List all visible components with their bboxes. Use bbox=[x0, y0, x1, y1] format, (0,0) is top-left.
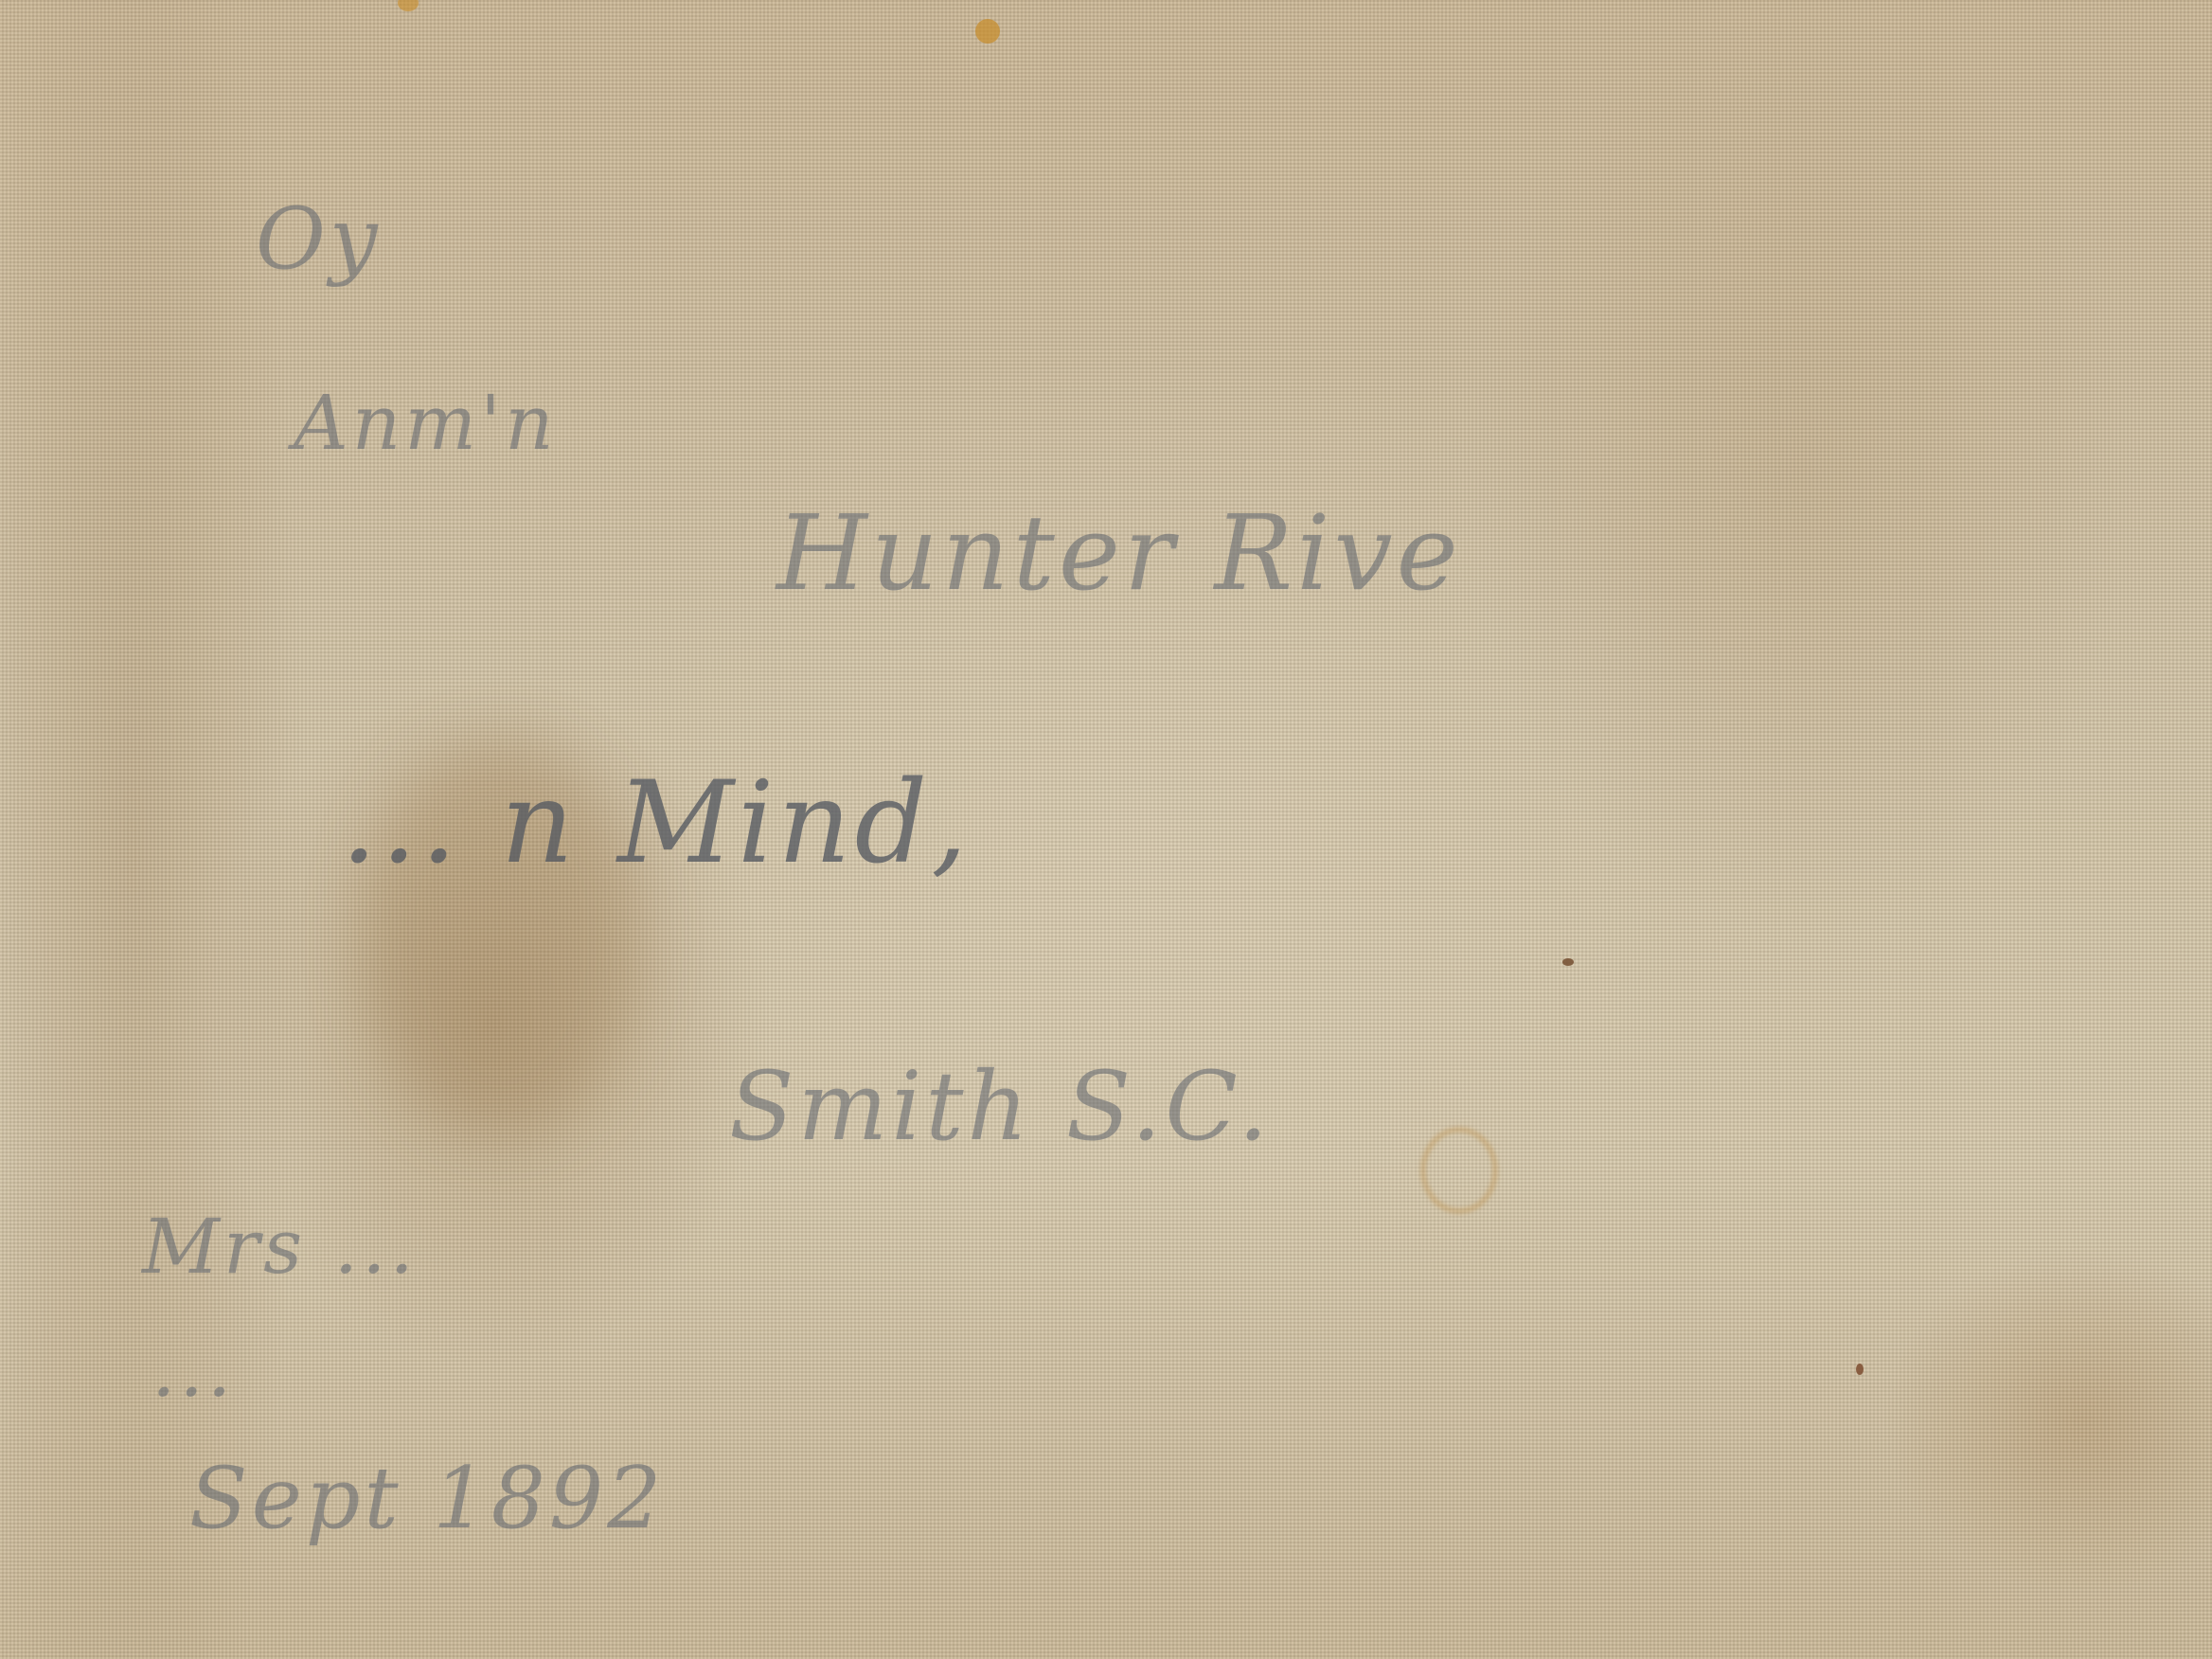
stain-top-left-orange bbox=[398, 0, 419, 11]
speck-center bbox=[1562, 958, 1574, 966]
inscription-line-8: Sept 1892 bbox=[189, 1449, 665, 1548]
speck-lower-right bbox=[1856, 1364, 1864, 1375]
inscription-line-4: ... n Mind, bbox=[341, 758, 972, 889]
inscription-line-1: Oy bbox=[256, 189, 382, 289]
inscription-line-5: Smith S.C. bbox=[729, 1051, 1272, 1162]
inscription-line-7: ... bbox=[152, 1326, 235, 1414]
inscription-line-3: Hunter Rive bbox=[776, 492, 1462, 614]
inscription-line-6: Mrs ... bbox=[142, 1203, 418, 1291]
stain-top-orange bbox=[975, 19, 1000, 44]
inscription-line-2: Anm'n bbox=[294, 379, 558, 467]
stain-right-ring bbox=[1420, 1127, 1498, 1214]
canvas-back: Oy Anm'n Hunter Rive ... n Mind, Smith S… bbox=[0, 0, 2212, 1659]
